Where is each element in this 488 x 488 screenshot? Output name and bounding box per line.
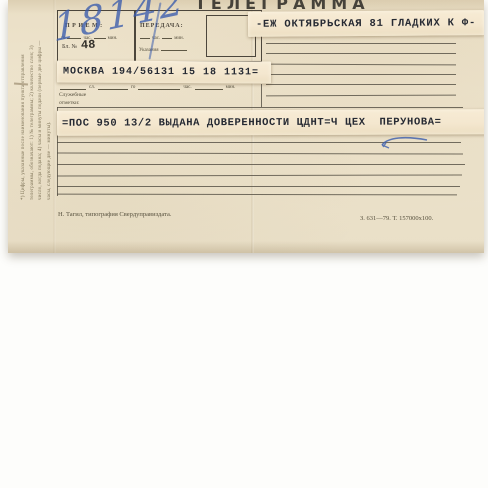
message-strip: =ПОС 950 13/2 ВЫДАНА ДОВЕРЕННОСТИ ЦДНТ=Ч… bbox=[57, 109, 484, 136]
chas-label: час. bbox=[183, 85, 191, 90]
ruled-line bbox=[266, 74, 456, 75]
reception-transmission-box: ПРИЕМ: гочас.мин. Бл. №48 Принял ПЕРЕДАЧ… bbox=[57, 10, 262, 62]
ruled-line bbox=[57, 174, 462, 176]
box-divider bbox=[134, 11, 136, 61]
telegram-form-paper: ТЕЛЕГРАММА *) Цифры, указанные после наи… bbox=[8, 0, 484, 253]
go-label: го bbox=[131, 85, 135, 90]
ruled-line bbox=[57, 186, 460, 187]
blank-line bbox=[98, 84, 128, 90]
blank-line bbox=[195, 84, 223, 90]
vertical-rule bbox=[261, 84, 262, 107]
blank-number-label: Бл. № bbox=[62, 44, 77, 50]
pen-checkmark bbox=[380, 134, 432, 150]
origin-text: МОСКВА 194/56131 15 18 1131= bbox=[63, 66, 259, 78]
service-count-row: сл.гочас.мин. bbox=[58, 84, 262, 90]
sl-label: сл. bbox=[89, 85, 95, 90]
scanned-telegram-page: ТЕЛЕГРАММА *) Цифры, указанные после наи… bbox=[0, 0, 488, 488]
ruled-line bbox=[266, 95, 456, 97]
printer-imprint: Н. Тагил, типография Свердуправиздата. bbox=[58, 211, 171, 218]
blank-line bbox=[138, 84, 180, 90]
address-strip: -ЕЖ ОКТЯБРЬСКАЯ 81 ГЛАДКИХ К Ф- bbox=[248, 10, 484, 37]
min-label: мин. bbox=[108, 36, 118, 41]
ruled-line bbox=[266, 43, 456, 44]
origin-strip: МОСКВА 194/56131 15 18 1131= bbox=[57, 60, 271, 83]
service-marks-label: Служебные отметки: bbox=[59, 92, 101, 107]
blank-number-value: 48 bbox=[81, 38, 96, 53]
ruled-line bbox=[266, 84, 456, 85]
blank-line bbox=[60, 84, 86, 90]
ruled-line bbox=[57, 164, 465, 165]
ruled-line bbox=[57, 152, 463, 154]
ruled-line bbox=[57, 194, 457, 196]
address-text: -ЕЖ ОКТЯБРЬСКАЯ 81 ГЛАДКИХ К Ф- bbox=[256, 17, 476, 31]
margin-footnote: *) Цифры, указанные после наименования п… bbox=[20, 30, 52, 200]
message-text: =ПОС 950 13/2 ВЫДАНА ДОВЕРЕННОСТИ ЦДНТ=Ч… bbox=[62, 116, 442, 129]
ruled-line bbox=[57, 107, 463, 108]
min-label: мин. bbox=[226, 85, 236, 90]
blank-line bbox=[161, 45, 187, 51]
ruled-line bbox=[266, 53, 456, 54]
print-order-code: З. 631—79. Т. 157000х100. bbox=[360, 215, 433, 222]
ruled-line bbox=[266, 64, 456, 66]
